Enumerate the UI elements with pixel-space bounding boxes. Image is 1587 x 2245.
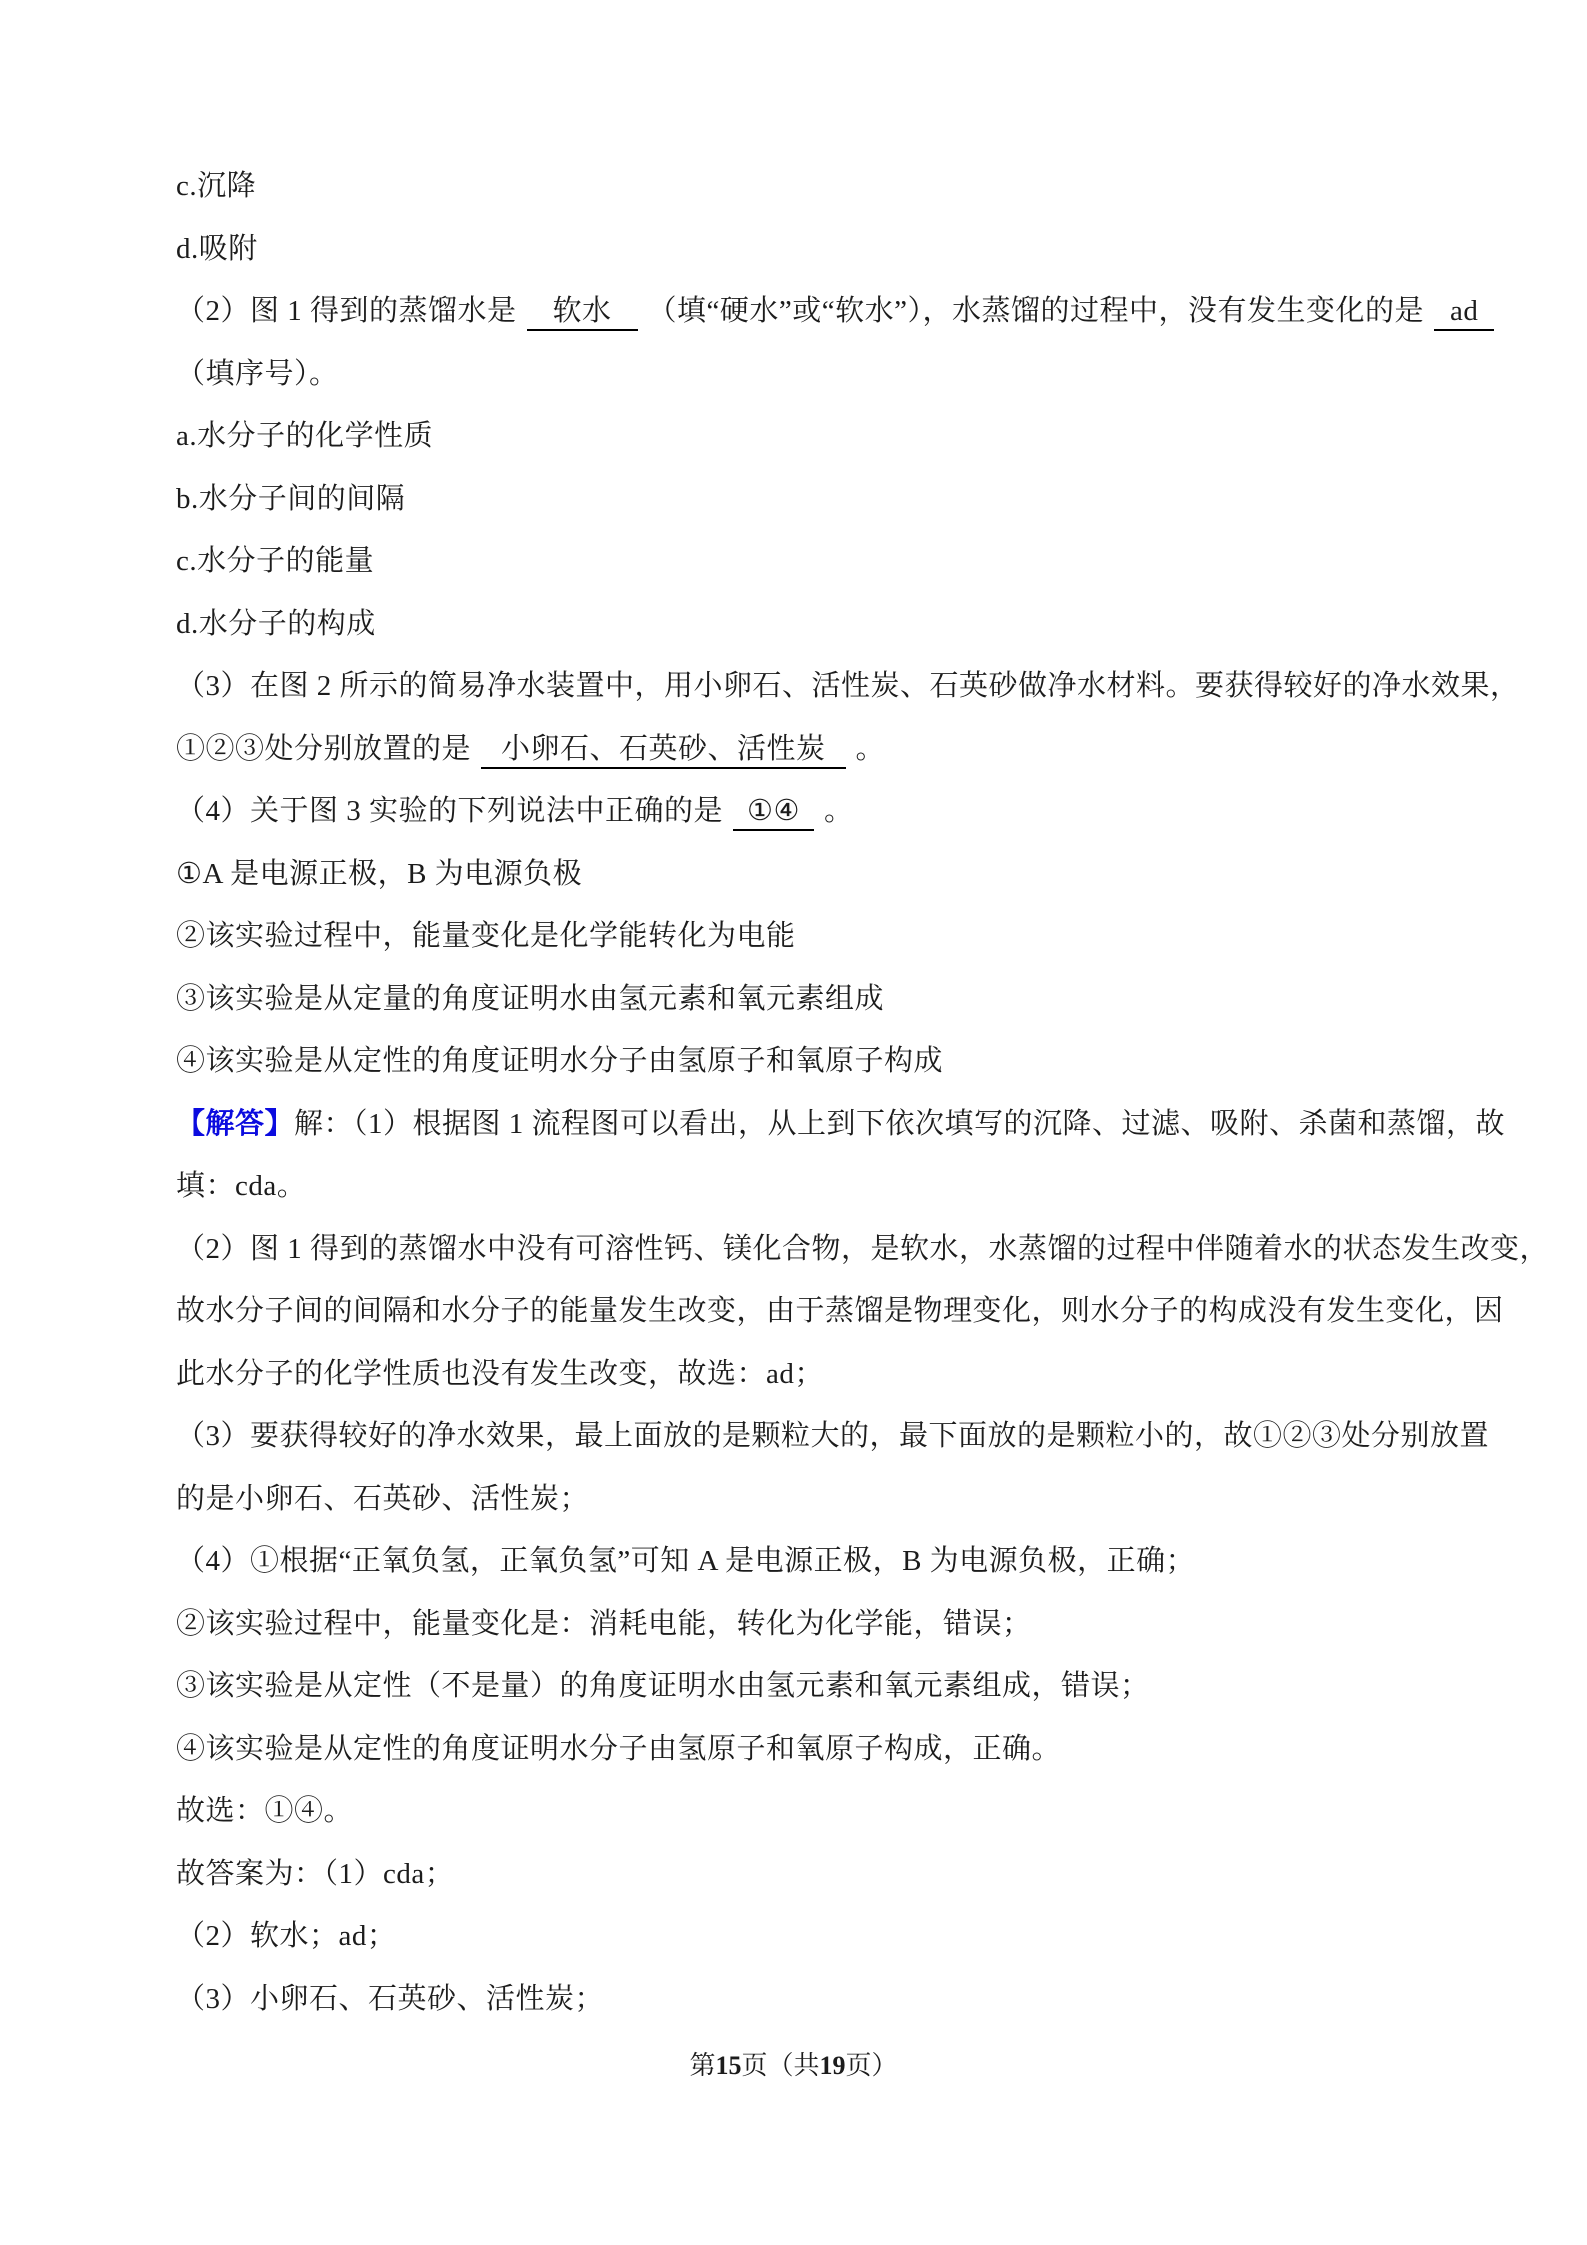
text-segment: 页）: [846, 2051, 898, 2080]
text-segment: ④该实验是从定性的角度证明水分子由氢原子和氧原子构成，正确。: [176, 1733, 1061, 1765]
text-segment: （填“硬水”或“软水”），水蒸馏的过程中，没有发生变化的是: [648, 295, 1425, 327]
text-segment: d.水分子的构成: [176, 608, 376, 640]
text-line: （3）在图 2 所示的简易净水装置中，用小卵石、活性炭、石英砂做净水材料。要获得…: [176, 655, 1476, 718]
text-line: ②该实验过程中，能量变化是化学能转化为电能: [176, 905, 1476, 968]
text-segment: ②该实验过程中，能量变化是化学能转化为电能: [176, 920, 796, 952]
text-line: ①A 是电源正极，B 为电源负极: [176, 843, 1476, 906]
text-line: （2）软水；ad；: [176, 1905, 1476, 1968]
text-line: （填序号）。: [176, 343, 1476, 406]
fill-in-blank-answer: 小卵石、石英砂、活性炭: [481, 731, 846, 769]
text-segment: ②该实验过程中，能量变化是：消耗电能，转化为化学能，错误；: [176, 1608, 1032, 1640]
text-segment: ④该实验是从定性的角度证明水分子由氢原子和氧原子构成: [176, 1045, 943, 1077]
text-segment: 填：cda。: [176, 1170, 306, 1202]
text-segment: （3）在图 2 所示的简易净水装置中，用小卵石、活性炭、石英砂做净水材料。要获得…: [176, 670, 1520, 702]
text-line: （2）图 1 得到的蒸馏水是软水（填“硬水”或“软水”），水蒸馏的过程中，没有发…: [176, 280, 1476, 343]
text-segment: ①A 是电源正极，B 为电源负极: [176, 858, 582, 890]
text-line: 此水分子的化学性质也没有发生改变，故选：ad；: [176, 1343, 1476, 1406]
text-segment: 第: [689, 2051, 715, 2080]
text-line: 填：cda。: [176, 1155, 1476, 1218]
text-segment: （2）图 1 得到的蒸馏水中没有可溶性钙、镁化合物，是软水，水蒸馏的过程中伴随着…: [176, 1233, 1549, 1265]
text-line: 故答案为：（1）cda；: [176, 1843, 1476, 1906]
text-segment: （2）图 1 得到的蒸馏水是: [176, 295, 517, 327]
text-line: c.水分子的能量: [176, 530, 1476, 593]
text-segment: 故答案为：（1）cda；: [176, 1858, 454, 1890]
text-line: d.吸附: [176, 218, 1476, 281]
text-segment: 故水分子间的间隔和水分子的能量发生改变，由于蒸馏是物理变化，则水分子的构成没有发…: [176, 1295, 1504, 1327]
fill-in-blank-answer: ad: [1434, 293, 1494, 331]
text-segment: 解：（1）根据图 1 流程图可以看出，从上到下依次填写的沉降、过滤、吸附、杀菌和…: [294, 1108, 1505, 1140]
text-line: （3）小卵石、石英砂、活性炭；: [176, 1968, 1476, 2031]
text-segment: 此水分子的化学性质也没有发生改变，故选：ad；: [176, 1358, 824, 1390]
text-line: （2）图 1 得到的蒸馏水中没有可溶性钙、镁化合物，是软水，水蒸馏的过程中伴随着…: [176, 1218, 1476, 1281]
text-segment: 的是小卵石、石英砂、活性炭；: [176, 1483, 589, 1515]
text-line: ③该实验是从定量的角度证明水由氢元素和氧元素组成: [176, 968, 1476, 1031]
text-line: c.沉降: [176, 155, 1476, 218]
text-line: a.水分子的化学性质: [176, 405, 1476, 468]
text-line: ①②③处分别放置的是小卵石、石英砂、活性炭。: [176, 718, 1476, 781]
text-segment: c.水分子的能量: [176, 545, 374, 577]
text-segment: 。: [856, 733, 886, 765]
text-line: ③该实验是从定性（不是量）的角度证明水由氢元素和氧元素组成，错误；: [176, 1655, 1476, 1718]
text-segment: ①②③处分别放置的是: [176, 733, 471, 765]
text-line: 的是小卵石、石英砂、活性炭；: [176, 1468, 1476, 1531]
text-segment: a.水分子的化学性质: [176, 420, 433, 452]
text-line: 故选：①④。: [176, 1780, 1476, 1843]
answer-section-label: 【解答】: [176, 1108, 294, 1140]
text-line: ④该实验是从定性的角度证明水分子由氢原子和氧原子构成，正确。: [176, 1718, 1476, 1781]
text-segment: （3）小卵石、石英砂、活性炭；: [176, 1983, 604, 2015]
fill-in-blank-answer: ①④: [733, 793, 814, 831]
text-segment: ③该实验是从定性（不是量）的角度证明水由氢元素和氧元素组成，错误；: [176, 1670, 1150, 1702]
text-segment: 。: [824, 795, 854, 827]
text-line: （4）①根据“正氧负氢，正氧负氢”可知 A 是电源正极，B 为电源负极，正确；: [176, 1530, 1476, 1593]
text-segment: （4）①根据“正氧负氢，正氧负氢”可知 A 是电源正极，B 为电源负极，正确；: [176, 1545, 1195, 1577]
text-segment: ③该实验是从定量的角度证明水由氢元素和氧元素组成: [176, 983, 884, 1015]
text-segment: c.沉降: [176, 170, 256, 202]
text-line: （4）关于图 3 实验的下列说法中正确的是①④。: [176, 780, 1476, 843]
text-segment: （填序号）。: [176, 358, 339, 390]
text-line: ②该实验过程中，能量变化是：消耗电能，转化为化学能，错误；: [176, 1593, 1476, 1656]
text-segment: 故选：①④。: [176, 1795, 353, 1827]
text-segment: （3）要获得较好的净水效果，最上面放的是颗粒大的，最下面放的是颗粒小的，故①②③…: [176, 1420, 1489, 1452]
text-line: ④该实验是从定性的角度证明水分子由氢原子和氧原子构成: [176, 1030, 1476, 1093]
text-line: （3）要获得较好的净水效果，最上面放的是颗粒大的，最下面放的是颗粒小的，故①②③…: [176, 1405, 1476, 1468]
text-segment: （2）软水；ad；: [176, 1920, 396, 1952]
text-line: b.水分子间的间隔: [176, 468, 1476, 531]
text-line: 【解答】解：（1）根据图 1 流程图可以看出，从上到下依次填写的沉降、过滤、吸附…: [176, 1093, 1476, 1156]
text-segment: （4）关于图 3 实验的下列说法中正确的是: [176, 795, 723, 827]
text-segment: 19: [820, 2051, 846, 2080]
document-body: c.沉降d.吸附（2）图 1 得到的蒸馏水是软水（填“硬水”或“软水”），水蒸馏…: [176, 155, 1476, 2030]
text-segment: 页（共: [741, 2051, 819, 2080]
text-segment: 15: [715, 2051, 741, 2080]
fill-in-blank-answer: 软水: [527, 293, 638, 331]
document-page: c.沉降d.吸附（2）图 1 得到的蒸馏水是软水（填“硬水”或“软水”），水蒸馏…: [0, 0, 1587, 2245]
text-line: d.水分子的构成: [176, 593, 1476, 656]
text-line: 故水分子间的间隔和水分子的能量发生改变，由于蒸馏是物理变化，则水分子的构成没有发…: [176, 1280, 1476, 1343]
text-segment: b.水分子间的间隔: [176, 483, 405, 515]
text-segment: d.吸附: [176, 233, 258, 265]
page-footer: 第15页（共19页）: [0, 2046, 1587, 2086]
